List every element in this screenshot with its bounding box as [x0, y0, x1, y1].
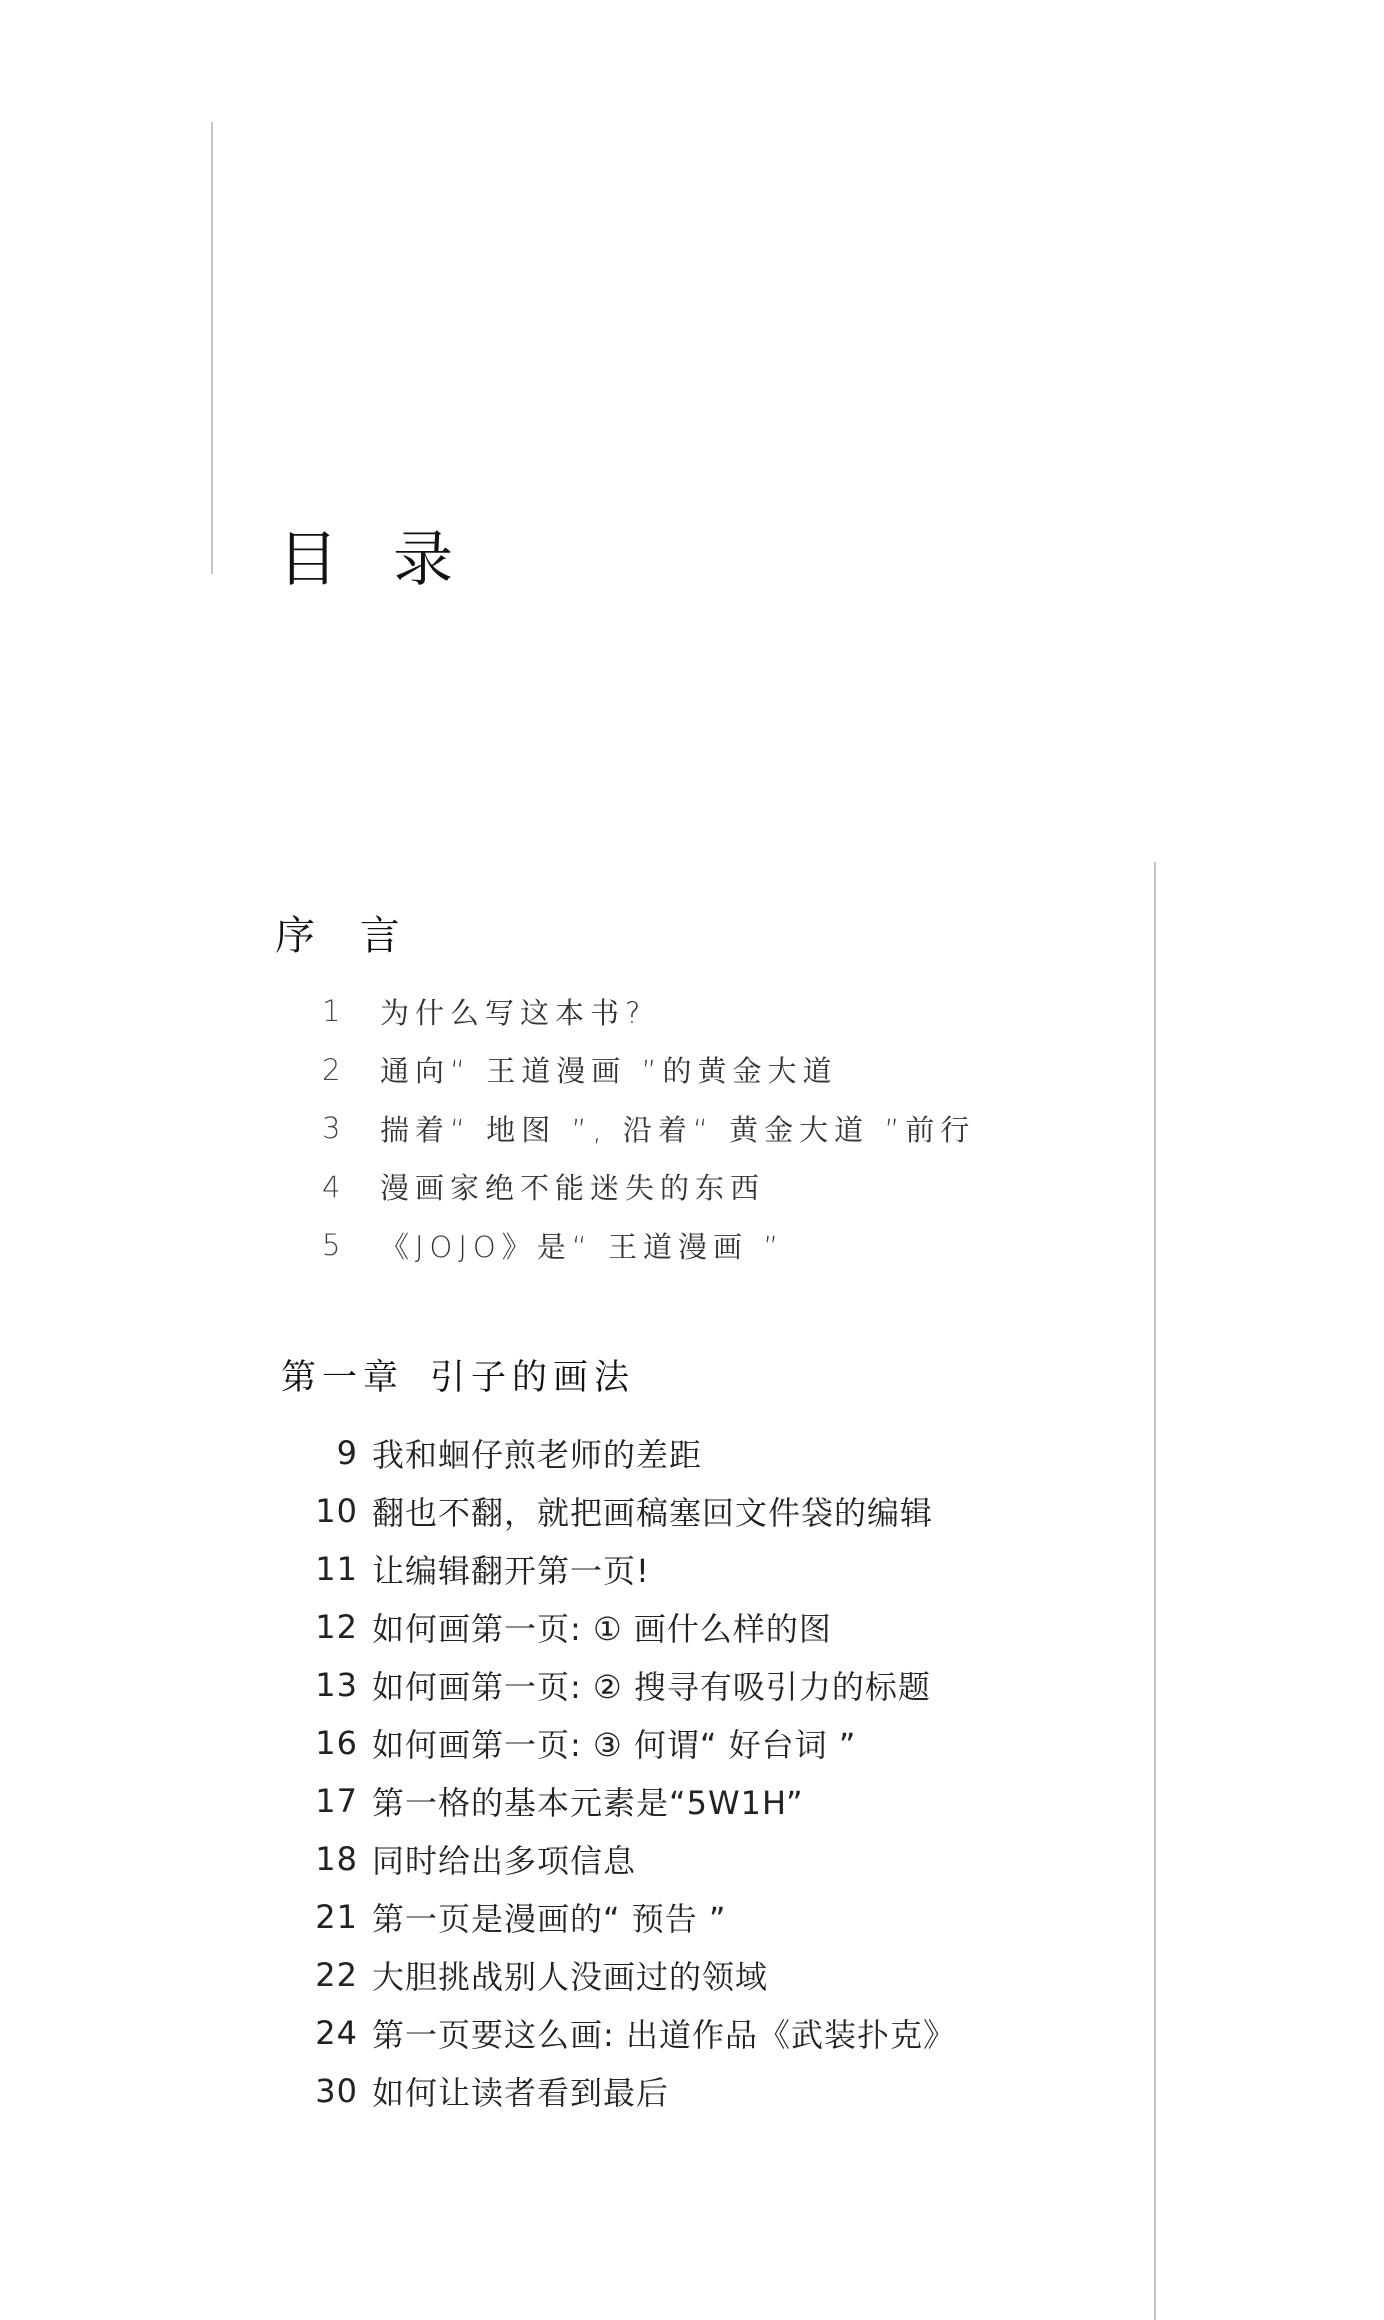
chapter-number: 第一章 — [281, 1358, 404, 1398]
preface-heading: 序 言 — [275, 916, 416, 956]
entry-title: 大胆挑战别人没画过的领域 — [372, 1952, 768, 1998]
page-number: 1 — [322, 994, 380, 1028]
page-number: 24 — [306, 2014, 358, 2052]
page-number: 9 — [306, 1434, 358, 1472]
page-number: 13 — [306, 1666, 358, 1704]
page-number: 21 — [306, 1898, 358, 1936]
entry-title: 如何画第一页: ③ 何谓“ 好台词 ” — [372, 1720, 856, 1766]
left-margin-rule — [211, 122, 213, 574]
toc-entry[interactable]: 10翻也不翻，就把画稿塞回文件袋的编辑 — [306, 1482, 956, 1540]
entry-title: 让编辑翻开第一页! — [372, 1546, 650, 1592]
right-margin-rule — [1154, 862, 1156, 2320]
page-number: 12 — [306, 1608, 358, 1646]
page-number: 10 — [306, 1492, 358, 1530]
page-number: 4 — [322, 1170, 380, 1204]
chapter-title: 引子的画法 — [430, 1358, 635, 1398]
page-title: 目 录 — [278, 530, 471, 590]
page-number: 11 — [306, 1550, 358, 1588]
entry-title: 如何让读者看到最后 — [372, 2068, 669, 2114]
page-number: 2 — [322, 1053, 380, 1087]
toc-entry[interactable]: 2通向“ 王道漫画 ”的黄金大道 — [322, 1041, 975, 1100]
entry-title: 第一页要这么画: 出道作品《武装扑克》 — [372, 2010, 956, 2056]
toc-entry[interactable]: 18同时给出多项信息 — [306, 1830, 956, 1888]
entry-title: 漫画家绝不能迷失的东西 — [380, 1166, 765, 1207]
entry-title: 《JOJO》是“ 王道漫画 ” — [380, 1225, 784, 1266]
toc-entry[interactable]: 17第一格的基本元素是“5W1H” — [306, 1772, 956, 1830]
toc-entry[interactable]: 22大胆挑战别人没画过的领域 — [306, 1946, 956, 2004]
toc-entry[interactable]: 9我和蛔仔煎老师的差距 — [306, 1424, 956, 1482]
page-number: 3 — [322, 1111, 380, 1145]
toc-entry[interactable]: 12如何画第一页: ① 画什么样的图 — [306, 1598, 956, 1656]
toc-entry[interactable]: 30如何让读者看到最后 — [306, 2062, 956, 2120]
page-number: 16 — [306, 1724, 358, 1762]
toc-entry[interactable]: 13如何画第一页: ② 搜寻有吸引力的标题 — [306, 1656, 956, 1714]
page-number: 30 — [306, 2072, 358, 2110]
toc-entry[interactable]: 4漫画家绝不能迷失的东西 — [322, 1158, 975, 1217]
entry-title: 同时给出多项信息 — [372, 1836, 636, 1882]
toc-entry[interactable]: 5《JOJO》是“ 王道漫画 ” — [322, 1216, 975, 1275]
toc-entry[interactable]: 11让编辑翻开第一页! — [306, 1540, 956, 1598]
toc-entry[interactable]: 3揣着“ 地图 ”, 沿着“ 黄金大道 ”前行 — [322, 1099, 975, 1158]
toc-entry[interactable]: 21第一页是漫画的“ 预告 ” — [306, 1888, 956, 1946]
entry-title: 揣着“ 地图 ”, 沿着“ 黄金大道 ”前行 — [380, 1108, 975, 1149]
page-number: 17 — [306, 1782, 358, 1820]
entry-title: 第一格的基本元素是“5W1H” — [372, 1778, 804, 1824]
page-number: 5 — [322, 1228, 380, 1262]
chapter-1-heading: 第一章引子的画法 — [281, 1361, 635, 1396]
entry-title: 如何画第一页: ① 画什么样的图 — [372, 1604, 832, 1650]
entry-title: 通向“ 王道漫画 ”的黄金大道 — [380, 1049, 838, 1090]
toc-entry[interactable]: 16如何画第一页: ③ 何谓“ 好台词 ” — [306, 1714, 956, 1772]
toc-entry[interactable]: 24第一页要这么画: 出道作品《武装扑克》 — [306, 2004, 956, 2062]
page-number: 18 — [306, 1840, 358, 1878]
toc-entry[interactable]: 1为什么写这本书? — [322, 982, 975, 1041]
entry-title: 翻也不翻，就把画稿塞回文件袋的编辑 — [372, 1488, 933, 1534]
preface-entry-list: 1为什么写这本书? 2通向“ 王道漫画 ”的黄金大道 3揣着“ 地图 ”, 沿着… — [322, 982, 975, 1275]
entry-title: 如何画第一页: ② 搜寻有吸引力的标题 — [372, 1662, 931, 1708]
entry-title: 为什么写这本书? — [380, 991, 646, 1032]
entry-title: 第一页是漫画的“ 预告 ” — [372, 1894, 727, 1940]
chapter-1-entry-list: 9我和蛔仔煎老师的差距 10翻也不翻，就把画稿塞回文件袋的编辑 11让编辑翻开第… — [306, 1424, 956, 2120]
entry-title: 我和蛔仔煎老师的差距 — [372, 1430, 702, 1476]
page-number: 22 — [306, 1956, 358, 1994]
